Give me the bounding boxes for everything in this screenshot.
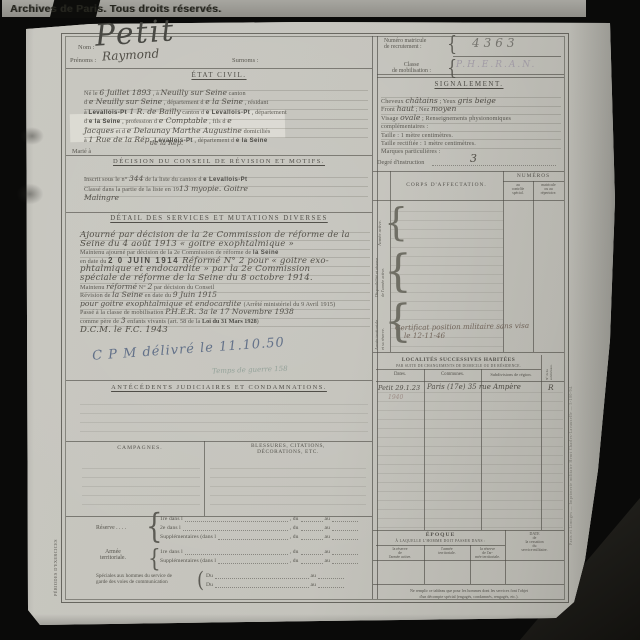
rule xyxy=(373,584,564,585)
signalement-lines: Cheveux châtains ; Yeux gris beigeFront … xyxy=(381,90,561,149)
corps-group2-brace xyxy=(384,250,412,294)
rule xyxy=(453,56,561,57)
rule xyxy=(66,212,372,213)
territoriale-row: 1re dans l, duau xyxy=(160,550,360,556)
ink-smudge xyxy=(12,180,48,208)
degre-leader xyxy=(432,165,556,166)
reserve-row: 2e dans l, duau xyxy=(160,526,360,532)
nom-label: Nom : xyxy=(78,44,94,51)
epoque-col-3: la réserve de l'ar- mée territoriale. xyxy=(470,547,505,559)
classe-value: P.H.E.R.A.N. xyxy=(456,60,536,70)
rule xyxy=(373,171,564,172)
degre-label: Degré d'instruction xyxy=(377,159,424,166)
classe-label: Classe de mobilisation : xyxy=(392,62,431,74)
corps-group2-label-a: Disponibilité et réserve xyxy=(374,247,379,297)
epoque-note-2: d'un décompte spécial (engagés, condamné… xyxy=(376,594,562,599)
localites-row-date: Petit 29.1.23 xyxy=(378,384,420,392)
speciales-row: Duau xyxy=(206,583,346,589)
form-content: Nom : Petit Prénoms : Raymond Surnoms : … xyxy=(0,0,640,640)
numeros-title: NUMÉROS xyxy=(503,173,564,179)
epoque-subtitle: À LAQUELLE L'HOMME DOIT PASSER DANS : xyxy=(376,539,505,543)
corps-group3-label-a: Armée territoriale xyxy=(374,300,379,350)
territoriale-brace xyxy=(148,546,161,570)
blessures-ruled-area xyxy=(210,460,366,512)
ink-smudge xyxy=(16,124,48,148)
matricule-value: 4363 xyxy=(472,36,519,50)
localites-row-flag: R xyxy=(548,383,554,392)
prenoms-value: Raymond xyxy=(102,47,160,64)
signalement-title: SIGNALEMENT. xyxy=(373,80,565,88)
localites-row-commune: Paris (17e) 35 rue Ampère xyxy=(427,383,521,391)
localites-col-dates: Dates. xyxy=(376,372,424,377)
numeros-sub2: matricule ou au répertoire. xyxy=(533,183,564,195)
reserve-row: 1re dans l, duau xyxy=(160,517,360,523)
reserve-row: Supplémentaires (dans l, duau xyxy=(160,535,360,541)
epoque-note-1: Ne remplir ce tableau que pour les homme… xyxy=(376,588,562,593)
territoriale-label: Armée territoriale. xyxy=(100,549,126,561)
periodes-rot-label: PÉRIODES D'EXERCICES xyxy=(53,530,58,596)
speciales-row: Duau xyxy=(206,574,346,580)
corps-title: CORPS D'AFFECTATION. xyxy=(390,182,503,188)
rule xyxy=(66,68,372,69)
corps-group1-brace xyxy=(384,203,408,241)
epoque-title: ÉPOQUE xyxy=(376,532,505,538)
territoriale-row: Supplémentaires (dans l, duau xyxy=(160,559,360,565)
rule xyxy=(377,74,564,75)
epoque-col-2: l'armée territoriale. xyxy=(424,547,470,555)
rule xyxy=(66,441,372,442)
services-title: DÉTAIL DES SERVICES ET MUTATIONS DIVERSE… xyxy=(66,215,372,222)
rule xyxy=(373,530,564,531)
degre-value: 3 xyxy=(470,152,477,165)
localites-col-subdivisions: Subdivisions de région. xyxy=(481,372,541,377)
rule xyxy=(373,560,564,561)
rule xyxy=(66,380,372,381)
blessures-title: BLESSURES, CITATIONS, DÉCORATIONS, ETC. xyxy=(208,443,368,455)
reserve-label: Réserve . . . . xyxy=(96,525,126,531)
services-lines: Ajourné par décision de la 2e Commission… xyxy=(80,224,370,327)
marie-label: Marié à xyxy=(72,148,91,155)
rule xyxy=(373,352,564,353)
rule xyxy=(533,181,534,352)
rule xyxy=(470,545,471,584)
epoque-date-col: DATE de la cessation du service militair… xyxy=(505,532,564,552)
rule xyxy=(376,545,505,546)
printer-imprint: Paris et Limoges — Imprimerie militaire … xyxy=(568,325,573,545)
numeros-sub1: au contrôle spécial. xyxy=(503,183,533,195)
etat-civil-lines: Né le 6 Juillet 1893 , à Neuilly sur Sei… xyxy=(84,82,368,138)
rule xyxy=(505,530,506,584)
corps-group1-label: Armée active. xyxy=(377,206,382,246)
campagnes-divider xyxy=(204,441,205,516)
corps-hand-note-2: le 12-11-46 xyxy=(404,331,445,340)
localites-col-communes: Communes. xyxy=(424,372,481,377)
surnoms-label: Surnoms : xyxy=(232,57,259,64)
antecedents-title: ANTÉCÉDENTS JUDICIAIRES ET CONDAMNATIONS… xyxy=(66,384,372,391)
decision-lines: Inscrit sous le n° 344 de la liste du ca… xyxy=(84,168,368,197)
rule xyxy=(376,369,541,370)
rule xyxy=(66,155,372,156)
localites-ruled-area xyxy=(377,384,563,528)
speciales-brace xyxy=(197,570,204,592)
etat-civil-subline: de la Rép. xyxy=(150,139,183,147)
decision-title: DÉCISION DU CONSEIL DE RÉVISION ET MOTIF… xyxy=(66,158,372,165)
localites-col-rot-header: N° de la subdivision. xyxy=(545,356,553,380)
antecedents-ruled-area xyxy=(80,396,368,438)
prenoms-label: Prénoms : xyxy=(70,57,96,64)
rule xyxy=(424,545,425,584)
rule xyxy=(377,77,564,78)
etat-civil-title: ÉTAT CIVIL. xyxy=(66,71,372,79)
matricule-brace xyxy=(447,34,457,55)
campagnes-ruled-area xyxy=(82,460,200,512)
matricule-label: Numéro matricule de recrutement : xyxy=(384,38,426,50)
localites-row-date-pencil: 1940 xyxy=(388,394,403,401)
epoque-col-1: la réserve de l'armée active. xyxy=(376,547,424,559)
campagnes-title: CAMPAGNES. xyxy=(78,445,202,451)
localites-title-1: LOCALITÉS SUCCESSIVES HABITÉES xyxy=(376,357,541,363)
localites-title-2: PAR SUITE DE CHANGEMENTS DE DOMICILE OU … xyxy=(376,364,541,368)
rule xyxy=(376,381,564,382)
archival-scan: Archives de Paris. Tous droits réservés.… xyxy=(0,0,640,640)
speciales-label: Spéciales aux hommes du service de garde… xyxy=(96,573,172,585)
